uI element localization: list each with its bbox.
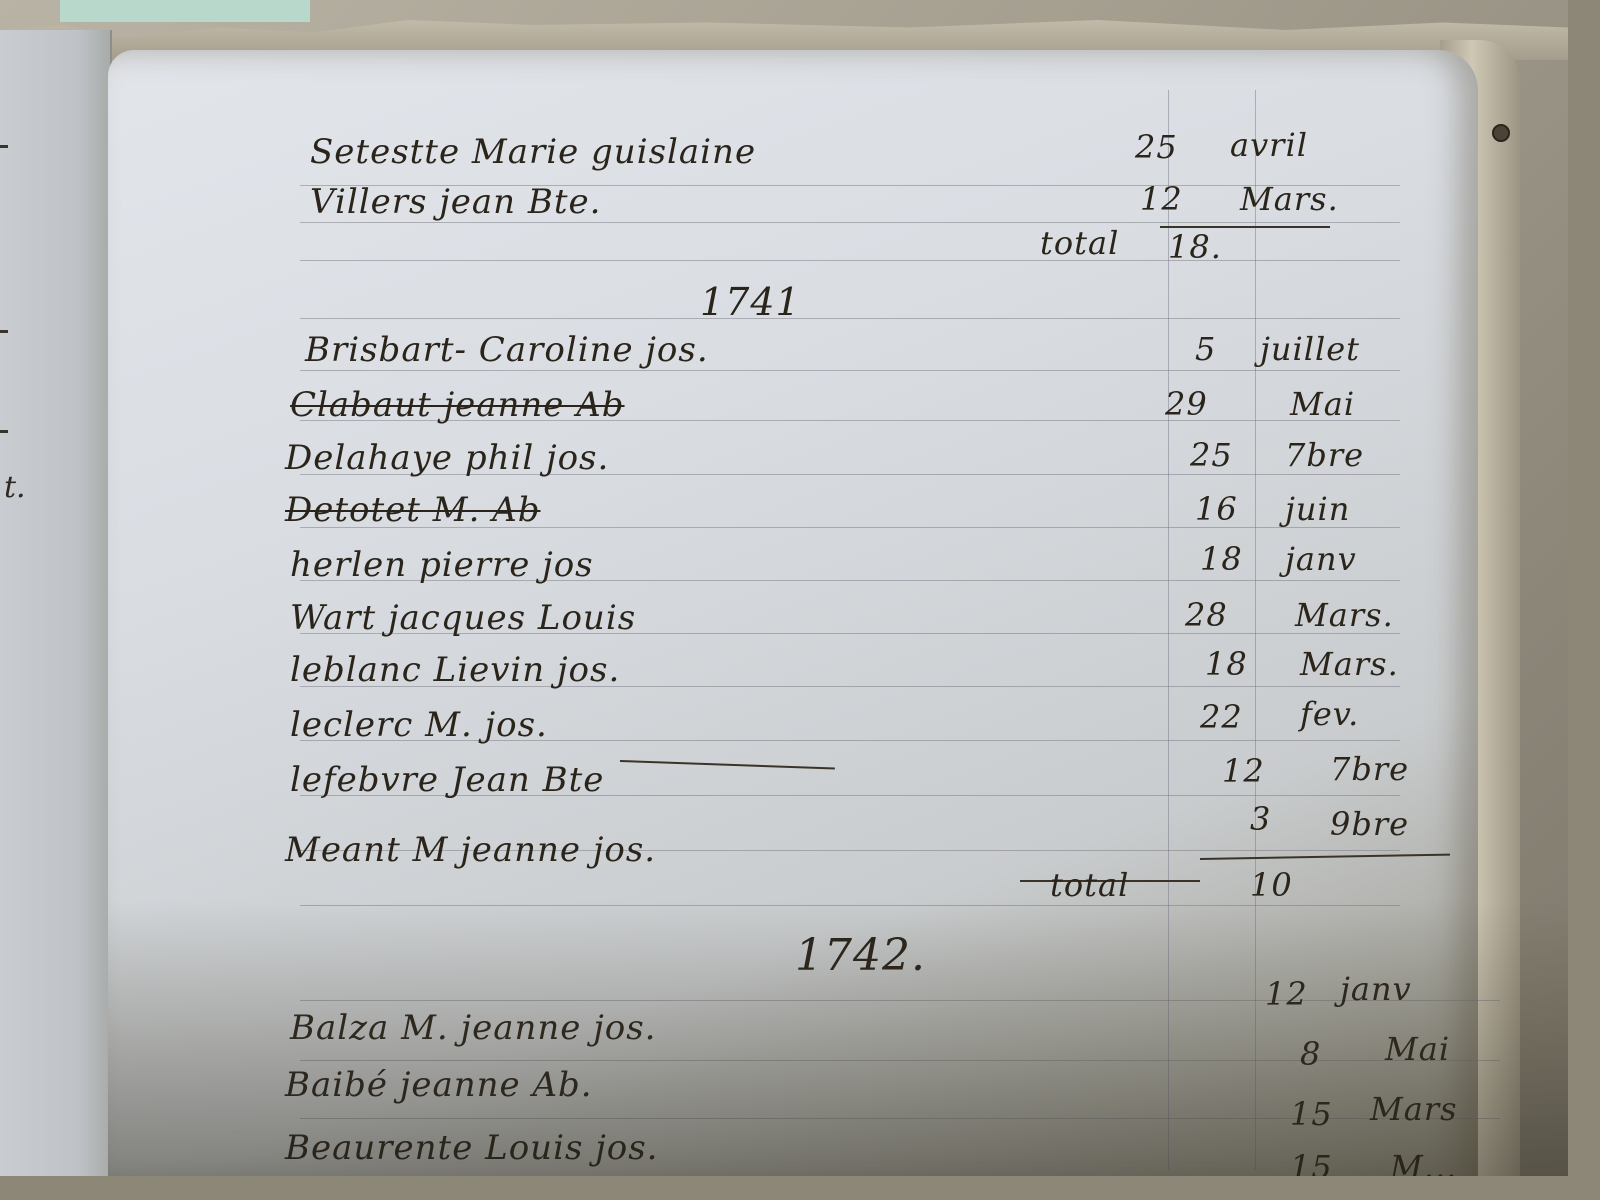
total-value: 10 xyxy=(1250,866,1293,904)
register-entry-month: fev. xyxy=(1300,695,1359,733)
register-entry-month: Mai xyxy=(1290,385,1355,423)
register-entry-day: 3 xyxy=(1250,800,1271,838)
register-entry-day: 12 xyxy=(1265,975,1308,1013)
register-entry-day: 15 xyxy=(1290,1095,1333,1133)
register-entry-month: 7bre xyxy=(1330,750,1409,788)
register-entry-day: 8 xyxy=(1300,1035,1321,1073)
register-entry-name: Brisbart- Caroline jos. xyxy=(305,330,709,370)
register-entry-name: leclerc M. jos. xyxy=(290,705,548,745)
register-entry-month: juillet xyxy=(1260,330,1360,368)
left-page-mark xyxy=(0,330,8,333)
register-entry-day: 18 xyxy=(1200,540,1243,578)
left-page-mark xyxy=(0,430,8,433)
register-entry-day: 28 xyxy=(1185,596,1228,634)
left-page-text-fragment: t. xyxy=(4,470,26,505)
register-entry-name: Meant M jeanne jos. xyxy=(285,830,656,870)
register-entry-name: Delahaye phil jos. xyxy=(285,438,609,478)
register-entry-name: leblanc Lievin jos. xyxy=(290,650,620,690)
register-entry-month: janv xyxy=(1340,970,1412,1008)
register-entry-day: 15 xyxy=(1290,1148,1333,1176)
register-entry-name: Setestte Marie guislaine xyxy=(310,132,756,172)
register-entry-day: 18 xyxy=(1205,645,1248,683)
register-entry-day: 12 xyxy=(1222,752,1265,790)
register-entry-name: Balza M. jeanne jos. xyxy=(290,1008,656,1048)
register-entry-name: herlen pierre jos xyxy=(290,545,594,585)
register-entry-month: Mars xyxy=(1370,1090,1458,1128)
background-surface xyxy=(60,0,310,22)
register-entry-day: 12 xyxy=(1140,180,1183,218)
register-entry-day: 5 xyxy=(1195,330,1216,368)
ruled-line xyxy=(300,370,1400,371)
register-entry-name: Villers jean Bte. xyxy=(310,182,601,222)
register-entry-name: Baibé jeanne Ab. xyxy=(285,1065,593,1105)
left-page-mark xyxy=(0,145,8,148)
register-entry-name: Wart jacques Louis xyxy=(290,598,636,638)
total-value: 18. xyxy=(1168,228,1222,266)
binding-hole xyxy=(1492,124,1510,142)
register-entry-day: 22 xyxy=(1200,698,1243,736)
register-entry-day: 16 xyxy=(1195,490,1238,528)
total-label: total xyxy=(1050,866,1129,904)
total-label: total xyxy=(1040,224,1119,262)
column-rule xyxy=(1255,90,1256,1170)
register-entry-month: Mars. xyxy=(1295,596,1394,634)
register-entry-name: Beaurente Louis jos. xyxy=(285,1128,658,1168)
photo-scene: t. Setestte Marie guislaine 25 avril Vil… xyxy=(0,0,1568,1176)
year-heading: 1742. xyxy=(795,930,926,981)
ruled-line xyxy=(300,318,1400,319)
register-entry-month: janv xyxy=(1285,540,1357,578)
register-entry-month: 7bre xyxy=(1285,436,1364,474)
ruled-line xyxy=(300,1000,1500,1001)
register-entry-month: 9bre xyxy=(1330,805,1409,843)
register-entry-month: avril xyxy=(1230,126,1308,164)
register-entry-name: Detotet M. Ab xyxy=(285,490,541,530)
ruled-line xyxy=(300,905,1400,906)
left-facing-page: t. xyxy=(0,30,112,1176)
register-entry-month: M... xyxy=(1390,1148,1457,1176)
register-entry-day: 25 xyxy=(1135,128,1178,166)
register-entry-name: lefebvre Jean Bte xyxy=(290,760,604,800)
year-heading: 1741 xyxy=(700,280,801,324)
ruled-line xyxy=(300,222,1400,223)
register-entry-day: 29 xyxy=(1165,385,1208,423)
ruled-line xyxy=(300,260,1400,261)
register-entry-month: juin xyxy=(1285,490,1350,528)
register-entry-month: Mars. xyxy=(1300,645,1399,683)
register-entry-month: Mai xyxy=(1385,1030,1450,1068)
register-entry-month: Mars. xyxy=(1240,180,1339,218)
register-entry-name: Clabaut jeanne Ab xyxy=(290,385,625,425)
register-entry-day: 25 xyxy=(1190,436,1233,474)
